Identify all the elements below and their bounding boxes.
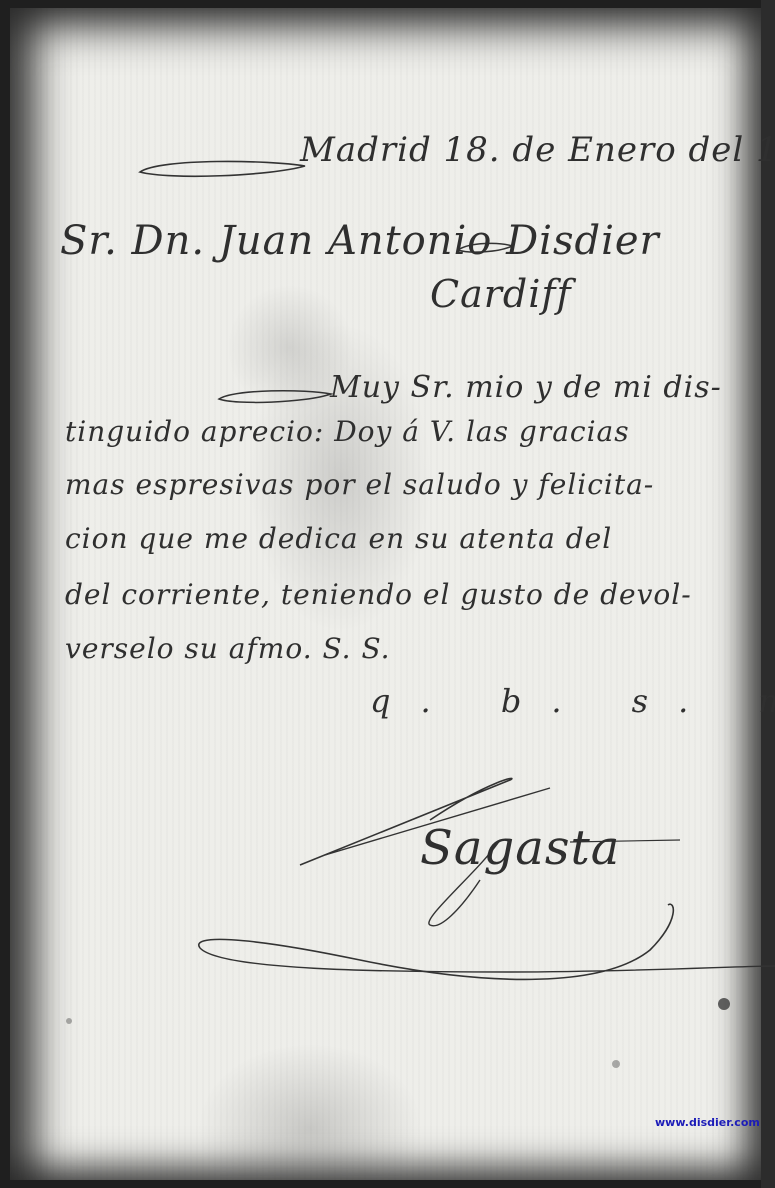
closing-line: q. b. s. m. [370,682,775,720]
ink-spot [718,998,730,1010]
body-line: verselo su afmo. S. S. [65,632,391,665]
watermark-link[interactable]: www.disdier.com [655,1116,760,1129]
signature: Sagasta [420,820,620,876]
city-line: Cardiff [430,272,572,316]
salutation-flourish [215,385,335,409]
signature-flourish [180,760,775,1000]
right-edge-shadow [761,0,775,1188]
ink-spot [612,1060,620,1068]
body-line: tinguido aprecio: Doy á V. las gracias [65,415,630,448]
date-flourish [130,150,310,190]
body-line: del corriente, teniendo el gusto de devo… [65,578,692,611]
addressee-line: Sr. Dn. Juan Antonio Disdier [60,218,660,264]
salutation-line: Muy Sr. mio y de mi dis- [330,370,722,405]
body-line: mas espresivas por el saludo y felicita- [65,468,654,501]
date-line: Madrid 18. de Enero del 187_ [300,130,775,170]
body-line: cion que me dedica en su atenta del [65,522,612,555]
ink-spot [66,1018,72,1024]
